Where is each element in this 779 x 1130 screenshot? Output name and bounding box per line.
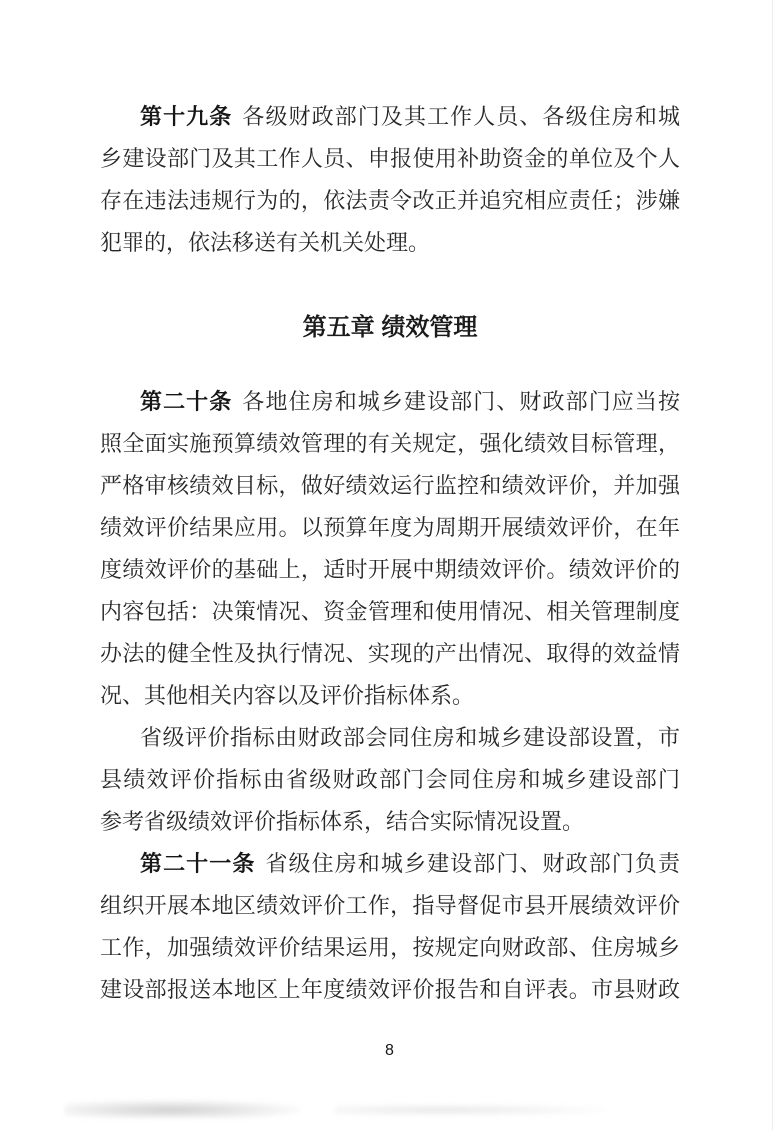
- paragraph-line: 办法的健全性及执行情况、实现的产出情况、取得的效益情: [100, 633, 680, 675]
- chapter-5-heading: 第五章 绩效管理: [100, 306, 680, 350]
- paragraph-line: 照全面实施预算绩效管理的有关规定，强化绩效目标管理，: [100, 423, 680, 465]
- paragraph-line: 存在违法违规行为的，依法责令改正并追究相应责任；涉嫌: [100, 180, 680, 222]
- paragraph-line: 县绩效评价指标由省级财政部门会同住房和城乡建设部门: [100, 759, 680, 801]
- article-20-number: 第二十条: [140, 389, 232, 414]
- paragraph-line: 第十九条各级财政部门及其工作人员、各级住房和城: [100, 96, 680, 138]
- document-text-column: 第十九条各级财政部门及其工作人员、各级住房和城 乡建设部门及其工作人员、申报使用…: [100, 0, 680, 1011]
- paragraph-line: 度绩效评价的基础上，适时开展中期绩效评价。绩效评价的: [100, 549, 680, 591]
- article-21-number: 第二十一条: [140, 851, 255, 876]
- article-20-first-line-text: 各地住房和城乡建设部门、财政部门应当按: [242, 389, 680, 414]
- paragraph-line: 况、其他相关内容以及评价指标体系。: [100, 675, 680, 717]
- chapter-5-body: 第二十条各地住房和城乡建设部门、财政部门应当按 照全面实施预算绩效管理的有关规定…: [100, 381, 680, 1011]
- scanned-document-page: 第十九条各级财政部门及其工作人员、各级住房和城 乡建设部门及其工作人员、申报使用…: [0, 0, 779, 1130]
- article-19-number: 第十九条: [140, 104, 232, 129]
- paragraph-line: 第二十条各地住房和城乡建设部门、财政部门应当按: [100, 381, 680, 423]
- paragraph-line: 参考省级绩效评价指标体系，结合实际情况设置。: [100, 801, 680, 843]
- article-20-paragraph: 第二十条各地住房和城乡建设部门、财政部门应当按 照全面实施预算绩效管理的有关规定…: [100, 381, 680, 717]
- paragraph-line: 乡建设部门及其工作人员、申报使用补助资金的单位及个人: [100, 138, 680, 180]
- article-19-first-line-text: 各级财政部门及其工作人员、各级住房和城: [242, 104, 680, 129]
- paragraph-line: 第二十一条省级住房和城乡建设部门、财政部门负责: [100, 843, 680, 885]
- paragraph-line: 严格审核绩效目标，做好绩效运行监控和绩效评价，并加强: [100, 465, 680, 507]
- paragraph-line: 绩效评价结果应用。以预算年度为周期开展绩效评价，在年: [100, 507, 680, 549]
- paragraph-line: 组织开展本地区绩效评价工作，指导督促市县开展绩效评价: [100, 885, 680, 927]
- indicator-paragraph: 省级评价指标由财政部会同住房和城乡建设部设置，市 县绩效评价指标由省级财政部门会…: [100, 717, 680, 843]
- paragraph-line: 工作，加强绩效评价结果运用，按规定向财政部、住房城乡: [100, 927, 680, 969]
- scan-edge-line: [772, 0, 773, 1130]
- paragraph-line: 内容包括：决策情况、资金管理和使用情况、相关管理制度: [100, 591, 680, 633]
- paragraph-line: 省级评价指标由财政部会同住房和城乡建设部设置，市: [100, 717, 680, 759]
- article-21-paragraph: 第二十一条省级住房和城乡建设部门、财政部门负责 组织开展本地区绩效评价工作，指导…: [100, 843, 680, 1011]
- paragraph-line: 建设部报送本地区上年度绩效评价报告和自评表。市县财政: [100, 969, 680, 1011]
- scan-smudge-artifact: [335, 1104, 605, 1116]
- paragraph-line: 犯罪的，依法移送有关机关处理。: [100, 222, 680, 264]
- page-number: 8: [0, 1042, 779, 1060]
- article-19-paragraph: 第十九条各级财政部门及其工作人员、各级住房和城 乡建设部门及其工作人员、申报使用…: [100, 96, 680, 264]
- scan-smudge-artifact: [65, 1100, 300, 1118]
- article-21-first-line-text: 省级住房和城乡建设部门、财政部门负责: [265, 851, 680, 876]
